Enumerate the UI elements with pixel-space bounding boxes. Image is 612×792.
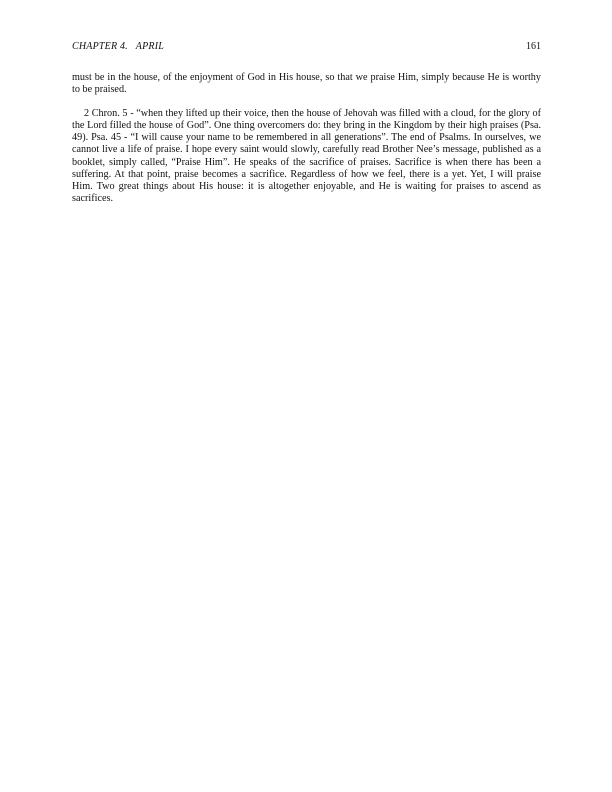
page-number: 161 xyxy=(526,41,541,52)
page-body: must be in the house, of the enjoyment o… xyxy=(72,72,541,205)
chapter-title: CHAPTER 4. APRIL xyxy=(72,41,164,52)
running-header: CHAPTER 4. APRIL 161 xyxy=(72,41,541,55)
paragraph-continuation: must be in the house, of the enjoyment o… xyxy=(72,72,541,96)
paragraph-chronicles: 2 Chron. 5 - “when they lifted up their … xyxy=(72,108,541,205)
